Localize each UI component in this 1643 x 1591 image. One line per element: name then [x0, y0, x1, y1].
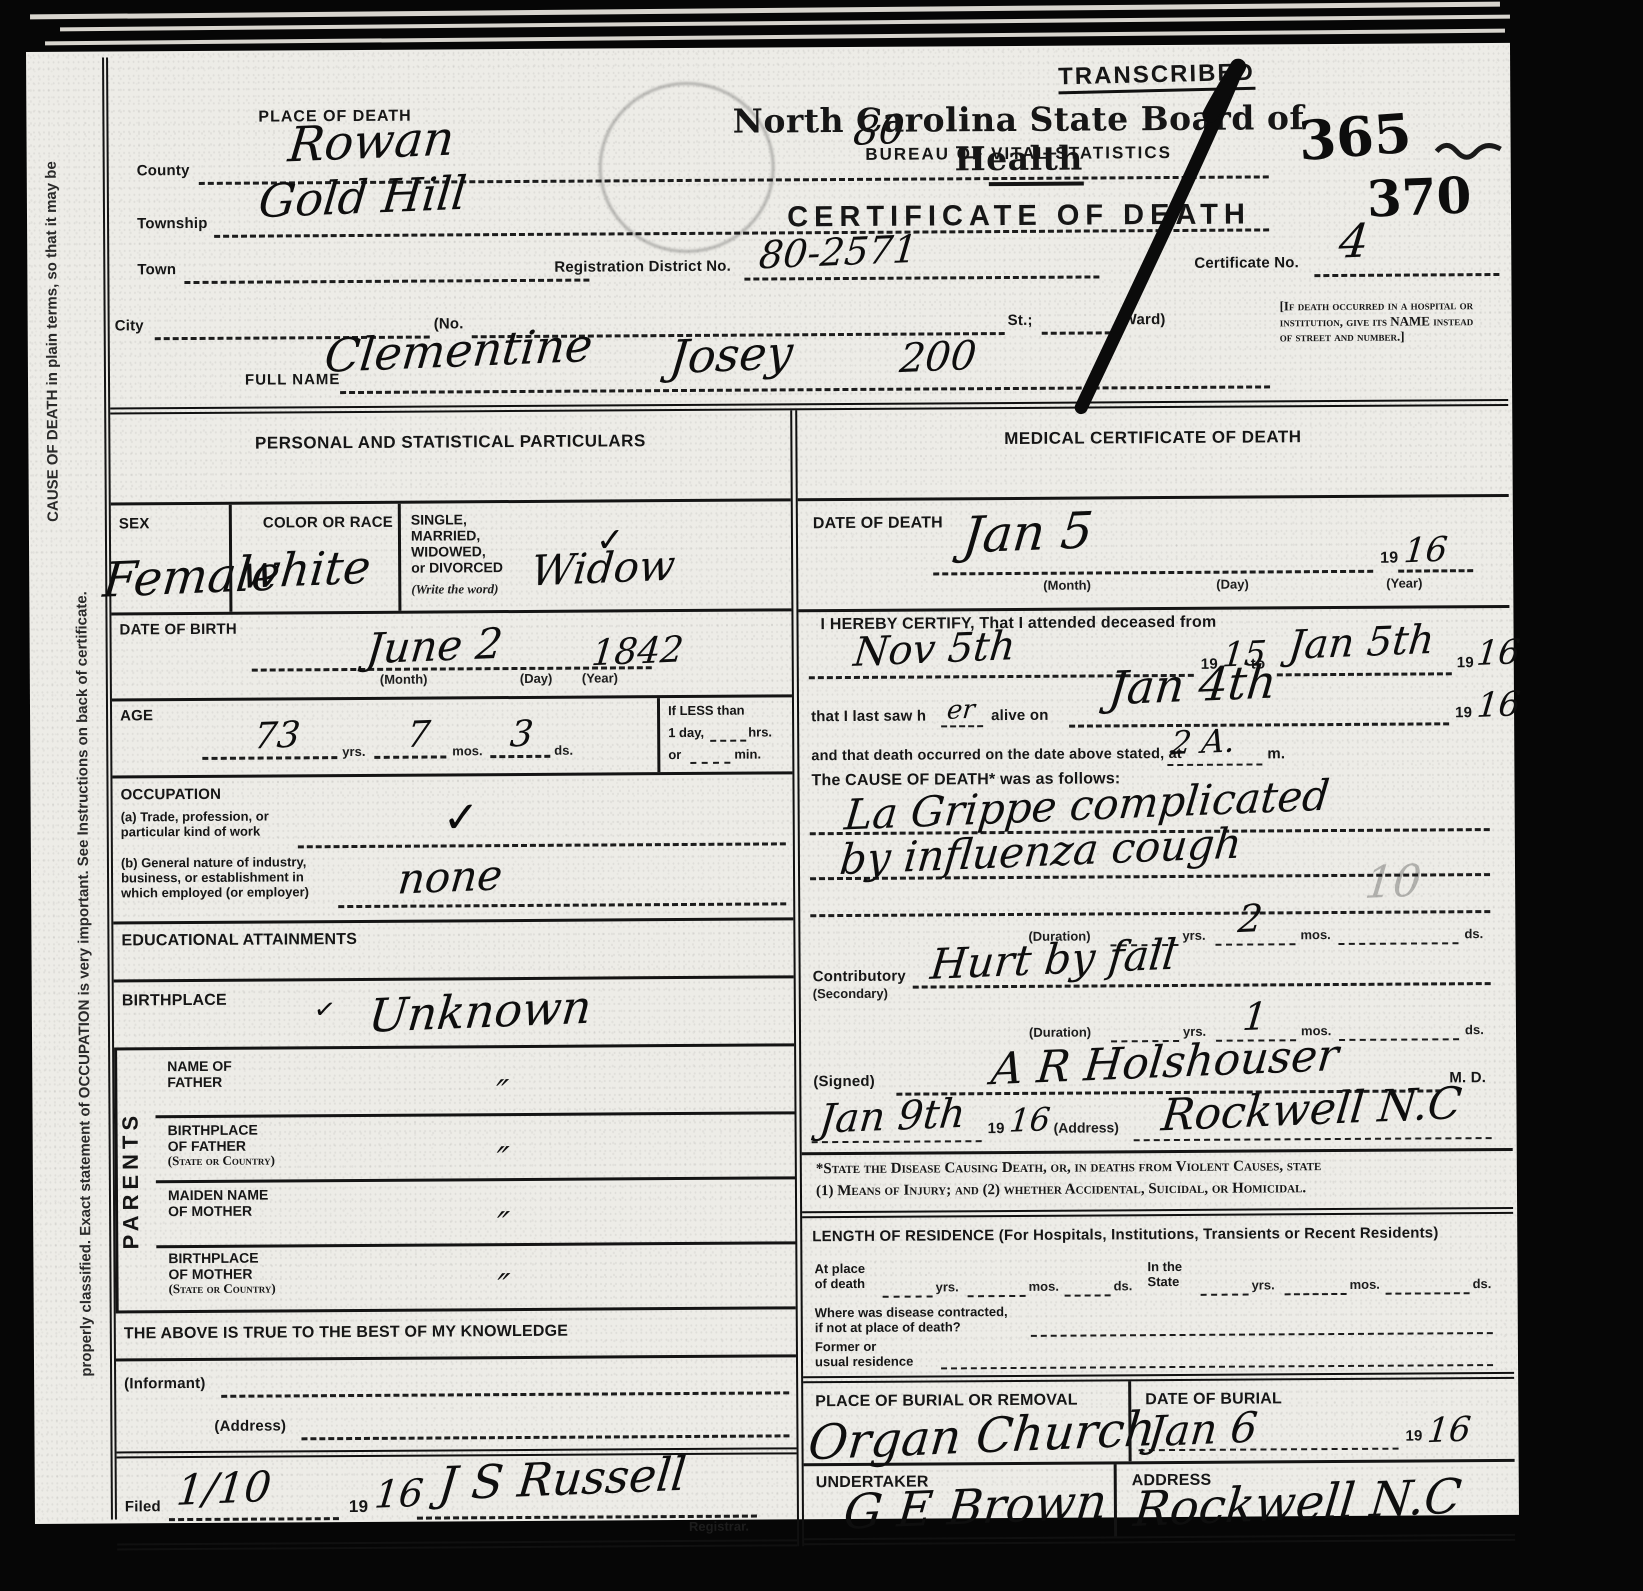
hrs-caption: hrs.	[748, 725, 772, 740]
secondary-caption: (Secondary)	[813, 986, 888, 1001]
in-state-label: In the State	[1147, 1260, 1182, 1290]
physician-signature: A R Holshouser	[989, 1034, 1340, 1092]
township-label: Township	[137, 215, 208, 232]
age-label: AGE	[120, 707, 153, 724]
medical-section-title: MEDICAL CERTIFICATE OF DEATH	[797, 406, 1509, 501]
dob-year: 1842	[590, 632, 685, 672]
father-birthplace-label: BIRTHPLACE OF FATHER (State or Country)	[168, 1122, 275, 1170]
age-months: 7	[405, 717, 431, 754]
res-mos-2: mos.	[1350, 1277, 1380, 1292]
min-line	[690, 760, 730, 764]
contributory-label: Contributory	[813, 968, 906, 986]
parents-block: PARENTS NAME OF FATHER ″ BIRTHPLACE OF F…	[114, 1046, 796, 1313]
age-row: AGE 73 yrs. 7 mos. 3 ds. If LESS than 1 …	[112, 697, 792, 778]
res-yrs-2: yrs.	[1252, 1277, 1275, 1292]
if-less-label-1: If LESS than	[668, 704, 745, 719]
res-ds-1: ds.	[1114, 1278, 1133, 1293]
hospital-note: [If death occurred in a hospital or inst…	[1280, 297, 1485, 345]
where-contracted-line	[1031, 1330, 1493, 1337]
township-value: Gold Hill	[257, 170, 469, 225]
saw-year-printed: 19	[1455, 704, 1472, 721]
city-st-label: St.;	[1008, 312, 1033, 329]
occupation-row: OCCUPATION (a) Trade, profession, or par…	[112, 774, 793, 924]
signed-block: (Signed) A R Holshouser M. D. Jan 9th 19…	[801, 1043, 1513, 1155]
former-residence-label: Former or usual residence	[815, 1340, 913, 1370]
residence-title: LENGTH OF RESIDENCE (For Hospitals, Inst…	[812, 1224, 1438, 1245]
filed-label: Filed	[125, 1498, 161, 1515]
date-of-death-label: DATE OF DEATH	[813, 514, 943, 533]
occupation-a-check: ✓	[443, 792, 480, 843]
dod-year-line	[1398, 567, 1473, 572]
city-label: City	[115, 317, 144, 334]
dob-label: DATE OF BIRTH	[119, 621, 236, 639]
saw-year-suffix: 16	[1475, 687, 1522, 723]
town-line	[184, 277, 589, 284]
date-of-death-row: DATE OF DEATH Jan 5 19 16 (Month) (Day) …	[798, 497, 1510, 612]
house-number: 200	[898, 336, 978, 379]
filed-date-value: 1/10	[175, 1466, 273, 1512]
certificate-no-line	[1314, 271, 1499, 277]
personal-column: PERSONAL AND STATISTICAL PARTICULARS SEX…	[110, 410, 804, 1550]
town-label: Town	[137, 261, 176, 278]
county-label: County	[137, 162, 190, 179]
stray-pencil-mark: 10	[1363, 859, 1423, 906]
mother-birthplace-value: ″	[495, 1270, 511, 1305]
sex-label: SEX	[119, 515, 150, 532]
personal-section-title: PERSONAL AND STATISTICAL PARTICULARS	[110, 410, 791, 505]
last-saw-suffix: alive on	[991, 707, 1049, 724]
signed-year-suffix: 16	[1008, 1103, 1052, 1137]
certificate-form: PLACE OF DEATH County Rowan 80 Township …	[102, 49, 1515, 1520]
mother-name-value: ″	[494, 1208, 510, 1243]
marital-value: Widow	[529, 544, 677, 592]
death-time-value: 2 A.	[1170, 724, 1237, 759]
dod-year-suffix: 16	[1402, 532, 1449, 568]
mother-birthplace-label: BIRTHPLACE OF MOTHER (State or Country)	[168, 1249, 275, 1297]
date-of-birth-row: DATE OF BIRTH June 2 1842 (Month) (Day) …	[111, 611, 792, 701]
birthplace-check: ✓	[312, 994, 338, 1027]
page-stack-edge	[45, 29, 1505, 46]
registration-district-label: Registration District No.	[554, 258, 731, 276]
filed-date-line	[169, 1515, 339, 1521]
cell-divider	[1114, 1464, 1117, 1536]
hrs-line	[710, 738, 746, 742]
residence-line-1	[883, 1293, 933, 1297]
birthplace-label: BIRTHPLACE	[122, 992, 227, 1011]
undertaker-address-value: Rockwell N.C	[1132, 1472, 1464, 1534]
signed-date: Jan 9th	[818, 1094, 968, 1140]
attended-to-value: Jan 5th	[1287, 620, 1437, 666]
age-mos-caption: mos.	[452, 743, 482, 758]
marital-note: (Write the word)	[411, 581, 498, 598]
color-race-label: COLOR OR RACE	[263, 514, 393, 532]
cell-divider	[1128, 1381, 1131, 1461]
medical-column: MEDICAL CERTIFICATE OF DEATH DATE OF DEA…	[797, 406, 1515, 1546]
marital-label: SINGLE, MARRIED, WIDOWED, or DIVORCED	[411, 511, 503, 576]
attended-to-line	[1277, 670, 1452, 676]
father-birthplace-value: ″	[494, 1143, 510, 1178]
cause-duration-months: 2	[1236, 899, 1264, 938]
residence-block: LENGTH OF RESIDENCE (For Hospitals, Inst…	[802, 1214, 1514, 1383]
cause-block: The CAUSE OF DEATH* was as follows: La G…	[799, 768, 1511, 952]
last-saw-prefix: that I last saw h	[811, 708, 926, 726]
occupation-label: OCCUPATION	[120, 786, 221, 804]
full-name-first: Clementine	[323, 322, 595, 379]
large-check-mark	[1033, 59, 1255, 415]
margin-note-outer: CAUSE OF DEATH in plain terms, so that i…	[43, 161, 62, 522]
education-label: EDUCATIONAL ATTAINMENTS	[121, 931, 357, 950]
cause-duration-line-2	[1215, 941, 1295, 945]
res-ds-2: ds.	[1473, 1276, 1492, 1291]
burial-year-printed: 19	[1405, 1427, 1422, 1444]
signed-caption: (Signed)	[813, 1073, 875, 1090]
undertaker-value: G E Brown	[842, 1478, 1110, 1537]
res-mos-1: mos.	[1029, 1279, 1059, 1294]
registrar-signature: J S Russell	[437, 1451, 689, 1507]
contrib-ds-caption: ds.	[1465, 1022, 1484, 1037]
date-of-death-value: Jan 5	[961, 505, 1096, 561]
full-name-last: Josey	[668, 329, 795, 380]
death-time-line	[1167, 761, 1262, 766]
footnote-line-2: (1) Means of Injury; and (2) whether Acc…	[816, 1180, 1306, 1200]
cause-yrs-caption: yrs.	[1182, 928, 1205, 943]
cause-ds-caption: ds.	[1464, 926, 1483, 941]
dob-value: June 2	[365, 623, 505, 671]
at-place-label: At place of death	[814, 1262, 865, 1292]
burial-row: PLACE OF BURIAL OR REMOVAL Organ Church …	[803, 1379, 1514, 1466]
filed-row: Filed 1/10 19 16 J S Russell Registrar.	[117, 1454, 798, 1550]
age-years: 73	[252, 717, 301, 755]
attest-text: THE ABOVE IS TRUE TO THE BEST OF MY KNOW…	[124, 1323, 568, 1344]
birthplace-value: Unknown	[367, 984, 594, 1039]
dob-year-caption: (Year)	[582, 670, 618, 685]
undertaker-row: UNDERTAKER G E Brown ADDRESS Rockwell N.…	[804, 1462, 1515, 1545]
dod-year-caption: (Year)	[1386, 575, 1422, 590]
signed-date-line	[812, 1138, 982, 1143]
county-value: Rowan	[286, 114, 456, 169]
occupation-b-label: (b) General nature of industry, business…	[121, 855, 309, 901]
dod-year-printed: 19	[1380, 550, 1398, 568]
cause-mos-caption: mos.	[1300, 927, 1330, 942]
informant-label: (Informant)	[124, 1375, 205, 1392]
dob-month-caption: (Month)	[380, 672, 428, 687]
last-saw-pronoun: er	[946, 697, 976, 724]
color-race-value: white	[239, 544, 373, 596]
cell-divider	[229, 505, 233, 612]
sex-race-marital-row: SEX Female COLOR OR RACE white SINGLE, M…	[111, 501, 792, 615]
cause-footnote: *State the Disease Causing Death, or, in…	[802, 1151, 1513, 1218]
burial-date-value: Jan 6	[1146, 1406, 1259, 1453]
certificate-header: PLACE OF DEATH County Rowan 80 Township …	[108, 49, 1508, 408]
last-saw-line	[1069, 720, 1449, 727]
parents-label: PARENTS	[114, 1050, 157, 1310]
physician-address: Rockwell N.C	[1159, 1082, 1463, 1139]
filed-year-suffix: 16	[373, 1474, 425, 1514]
filed-year-printed: 19	[349, 1497, 368, 1517]
registrar-caption: Registrar.	[689, 1519, 749, 1534]
mother-name-label: MAIDEN NAME OF MOTHER	[168, 1187, 269, 1220]
min-caption: min.	[734, 748, 761, 763]
occupation-a-label: (a) Trade, profession, or particular kin…	[121, 810, 269, 841]
parents-fields: NAME OF FATHER ″ BIRTHPLACE OF FATHER (S…	[155, 1046, 796, 1310]
where-contracted-label: Where was disease contracted, if not at …	[815, 1305, 1008, 1336]
residence-line-4	[1201, 1292, 1249, 1296]
parents-row-line	[156, 1239, 796, 1248]
stamp-squiggle	[1434, 137, 1504, 163]
contrib-duration-months: 1	[1241, 997, 1269, 1036]
res-yrs-1: yrs.	[936, 1279, 959, 1294]
informant-row: (Informant)	[116, 1357, 796, 1406]
stamp-number-365: 365	[1296, 101, 1413, 173]
contrib-duration-caption: (Duration)	[1029, 1025, 1091, 1040]
signed-address-caption: (Address)	[1054, 1119, 1119, 1135]
occupation-a-line	[298, 840, 786, 848]
burial-year-suffix: 16	[1426, 1412, 1473, 1448]
dod-month-caption: (Month)	[1043, 578, 1091, 593]
to-year-suffix: 16	[1475, 635, 1522, 671]
main-body: PERSONAL AND STATISTICAL PARTICULARS SEX…	[110, 399, 1515, 1551]
contributory-value: Hurt by fall	[929, 934, 1178, 986]
contributory-block: Contributory (Secondary) Hurt by fall (D…	[801, 948, 1513, 1047]
registration-district-value: 80-2571	[757, 230, 919, 275]
scan-background: CAUSE OF DEATH in plain terms, so that i…	[0, 0, 1643, 1591]
or-caption: or	[668, 748, 681, 763]
informant-address-label: (Address)	[214, 1417, 286, 1434]
certificate-no-value: 4	[1337, 217, 1371, 264]
age-ds-caption: ds.	[554, 743, 573, 758]
margin-note-inner: properly classified. Exact statement of …	[73, 591, 95, 1377]
father-name-value: ″	[494, 1076, 510, 1111]
father-name-label: NAME OF FATHER	[167, 1058, 232, 1091]
cell-divider	[398, 504, 402, 611]
cause-line-3	[810, 908, 1490, 917]
age-yrs-caption: yrs.	[342, 744, 365, 759]
if-less-label-2: 1 day,	[668, 726, 704, 741]
certify-block: I HEREBY CERTIFY, That I attended deceas…	[798, 608, 1510, 772]
stamp-number-370: 370	[1366, 165, 1473, 228]
m-caption: m.	[1267, 745, 1285, 762]
age-days: 3	[508, 716, 534, 753]
residence-line-2	[968, 1293, 1026, 1297]
informant-address-line	[301, 1432, 789, 1440]
contrib-duration-line-3	[1339, 1036, 1459, 1041]
burial-place-value: Organ Church	[806, 1405, 1158, 1467]
attended-from-value: Nov 5th	[852, 626, 1018, 673]
date-of-death-line	[933, 568, 1373, 576]
parents-row-line	[156, 1174, 796, 1183]
footnote-line-1: *State the Disease Causing Death, or, in…	[816, 1158, 1322, 1178]
last-saw-date: Jan 4th	[1107, 658, 1279, 711]
dob-day-caption: (Day)	[520, 671, 553, 686]
cell-divider	[657, 698, 660, 772]
education-row: EDUCATIONAL ATTAINMENTS	[113, 920, 793, 982]
attest-row: THE ABOVE IS TRUE TO THE BEST OF MY KNOW…	[116, 1309, 796, 1361]
signed-year-printed: 19	[988, 1120, 1005, 1137]
to-year-printed: 19	[1457, 654, 1474, 671]
former-residence-line	[941, 1362, 1493, 1369]
death-occurred-text: and that death occurred on the date abov…	[811, 746, 1182, 764]
parents-row-line	[155, 1109, 795, 1118]
residence-line-5	[1285, 1291, 1347, 1295]
informant-line	[221, 1389, 789, 1397]
cause-duration-line-3	[1338, 940, 1458, 945]
birthplace-row: BIRTHPLACE ✓ Unknown	[114, 978, 794, 1050]
death-certificate-page: CAUSE OF DEATH in plain terms, so that i…	[26, 43, 1519, 1524]
residence-line-3	[1065, 1292, 1111, 1296]
residence-line-6	[1386, 1290, 1470, 1295]
occupation-b-value: none	[396, 854, 504, 900]
dod-day-caption: (Day)	[1216, 577, 1249, 592]
informant-address-row: (Address)	[116, 1402, 796, 1458]
last-saw-pronoun-line	[941, 723, 983, 727]
